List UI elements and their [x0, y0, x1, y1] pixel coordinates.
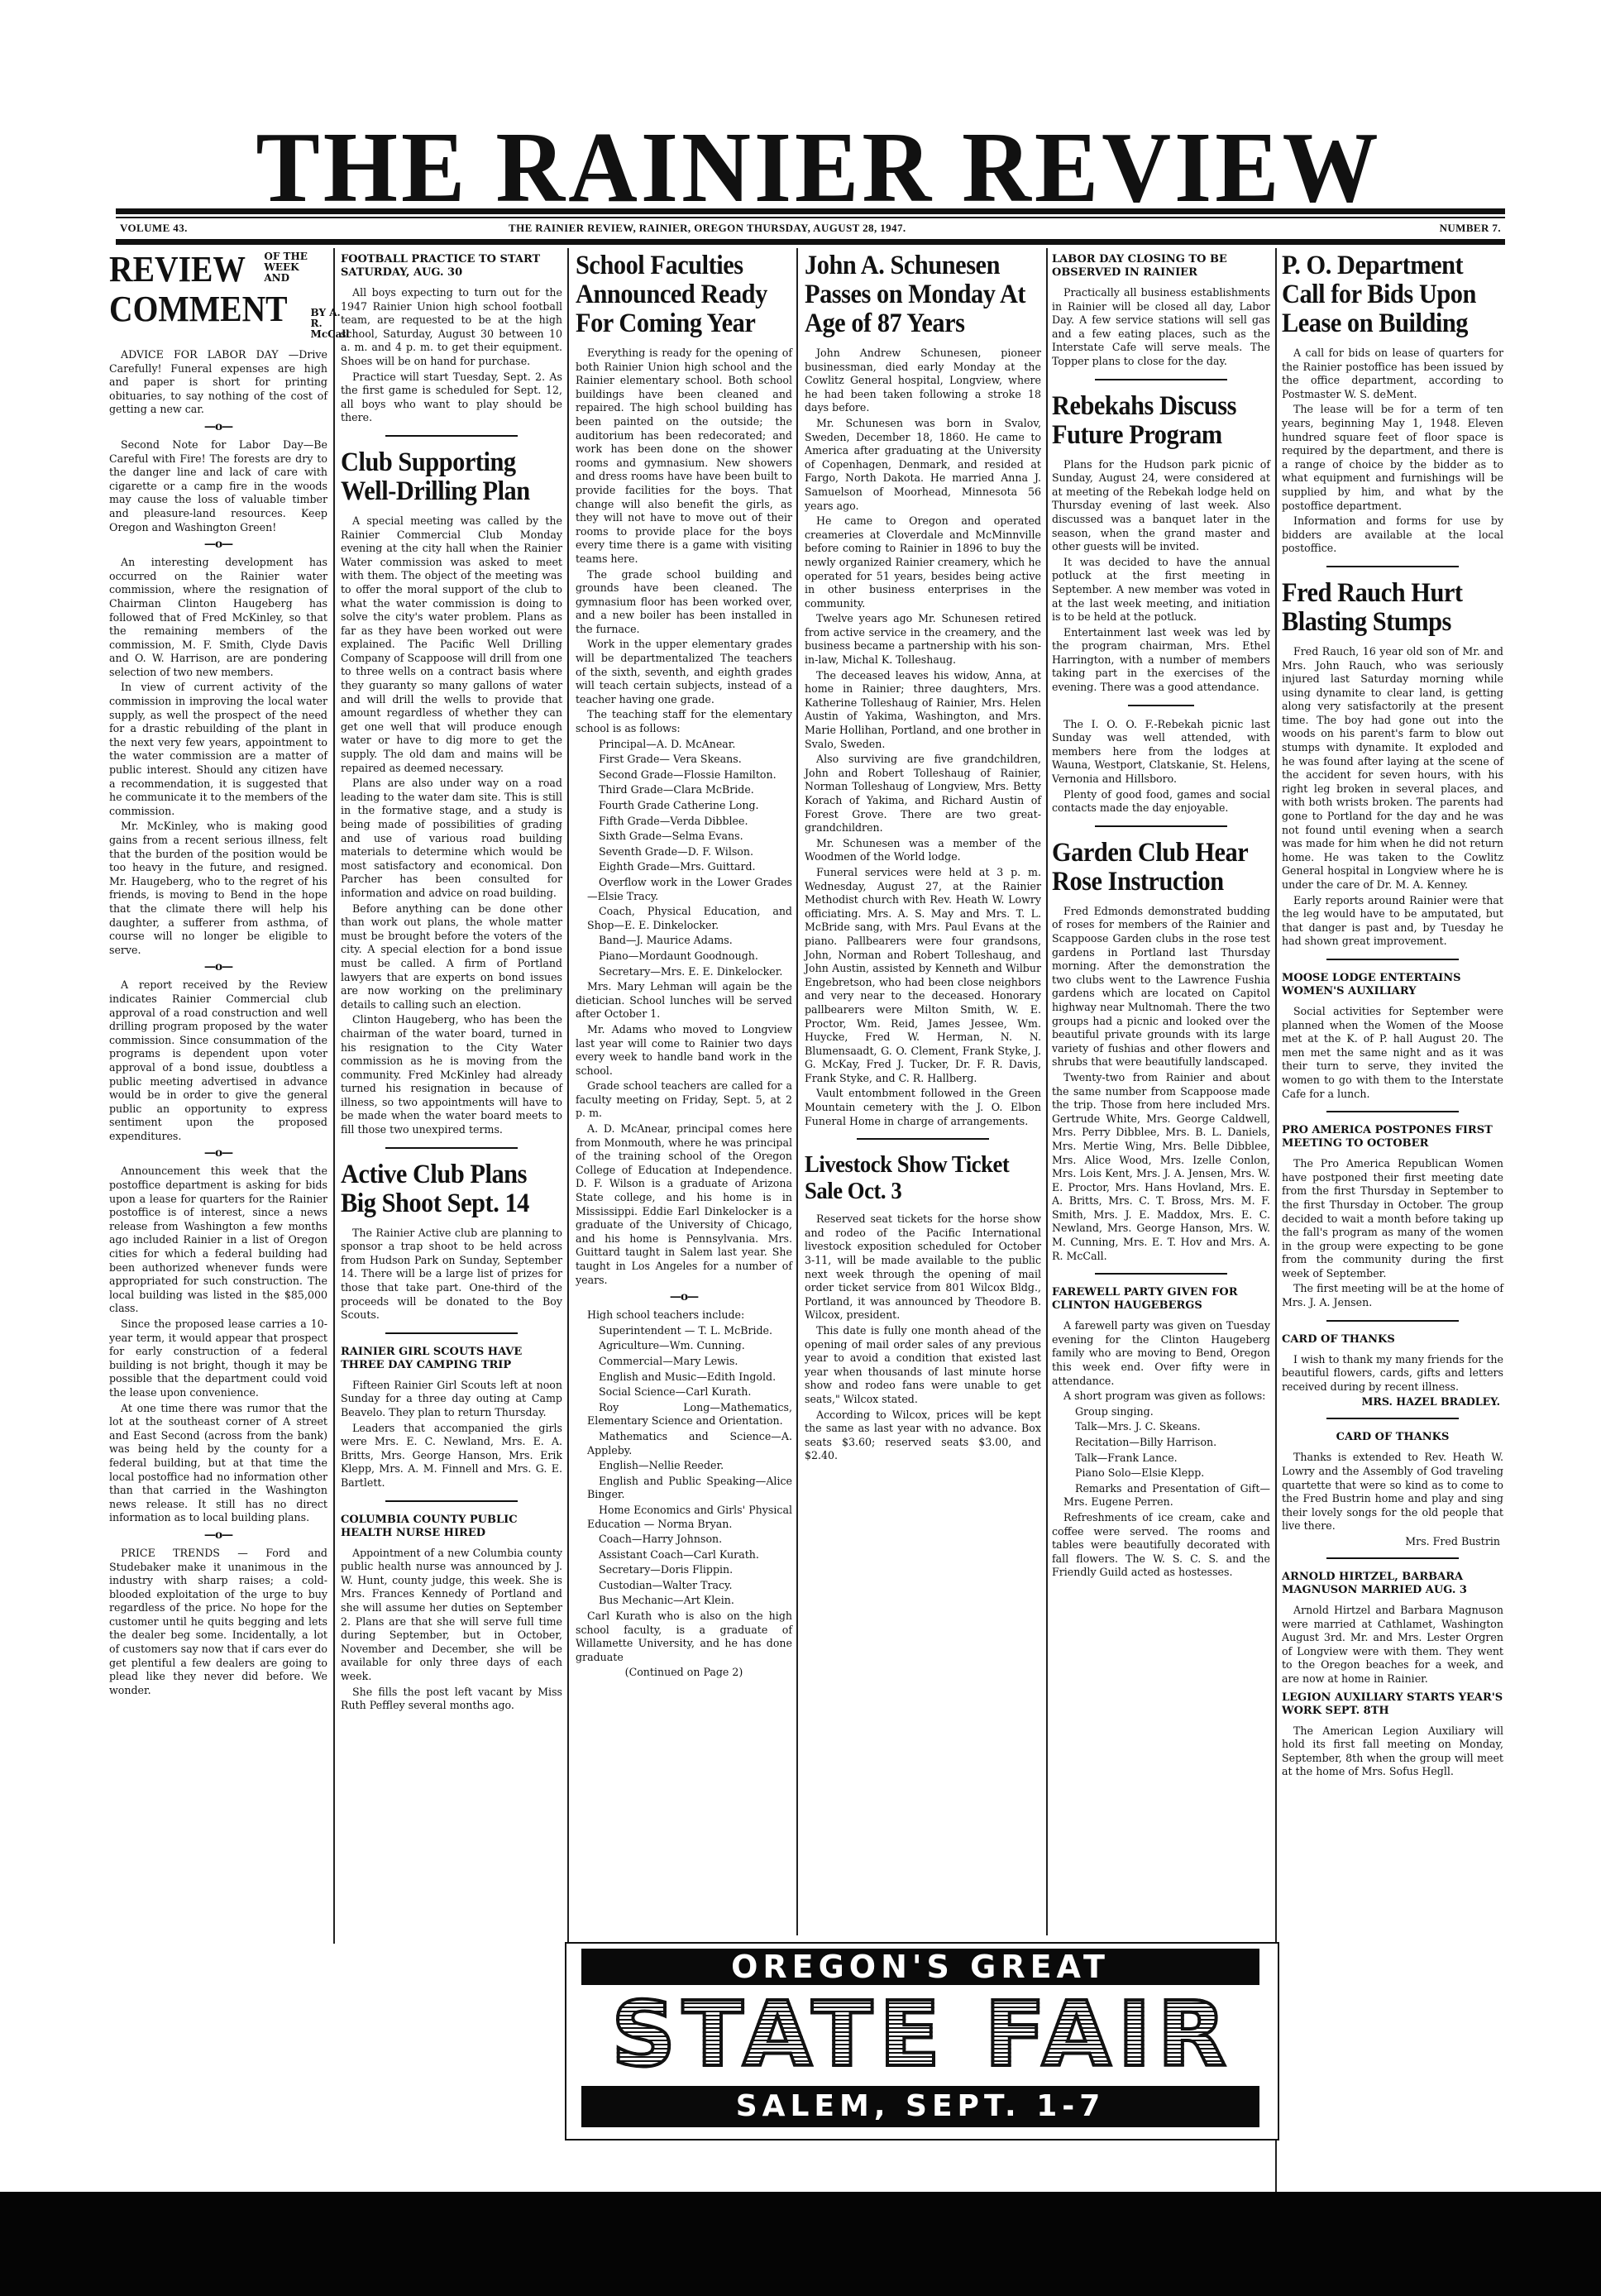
headline-pro-america: PRO AMERICA POSTPONES FIRST MEETING TO O…	[1282, 1124, 1503, 1150]
paragraph: The Rainier Active club are planning to …	[341, 1227, 562, 1323]
paragraph: Mr. McKinley, who is making good gains f…	[109, 820, 327, 957]
divider	[1095, 1273, 1227, 1275]
list-item: English and Music—Edith Ingold.	[576, 1370, 792, 1385]
paragraph: The deceased leaves his widow, Anna, at …	[805, 669, 1041, 752]
paragraph: John Andrew Schunesen, pioneer businessm…	[805, 347, 1041, 415]
paragraph: Second Note for Labor Day—Be Careful wit…	[109, 438, 327, 534]
column-rule	[796, 248, 798, 1935]
list-item: Home Economics and Girls' Physical Educa…	[576, 1504, 792, 1531]
list-item: Fourth Grade Catherine Long.	[576, 799, 792, 813]
signature: MRS. HAZEL BRADLEY.	[1282, 1395, 1500, 1408]
ad-banner-top: OREGON'S GREAT	[581, 1949, 1259, 1985]
list-item: English—Nellie Reeder.	[576, 1459, 792, 1473]
headline-garden-club: Garden Club Hear Rose Instruction	[1052, 839, 1273, 897]
list-item: Coach—Harry Johnson.	[576, 1533, 792, 1547]
headline-school-faculties: School Faculties Announced Ready For Com…	[576, 251, 796, 338]
masthead-rule-top	[116, 208, 1505, 214]
review-header-big: REVIEW	[109, 251, 246, 288]
elementary-staff-list: Principal—A. D. McAnear. First Grade— Ve…	[576, 738, 792, 979]
paragraph: The I. O. O. F.-Rebekah picnic last Sund…	[1052, 718, 1270, 787]
list-item: Superintendent — T. L. McBride.	[576, 1324, 792, 1338]
column-rule	[1046, 248, 1048, 1935]
headline-schunesen-obituary: John A. Schunesen Passes on Monday At Ag…	[805, 251, 1040, 338]
list-item: Seventh Grade—D. F. Wilson.	[576, 845, 792, 859]
divider	[385, 1147, 518, 1149]
paragraph: Vault entombment followed in the Green M…	[805, 1087, 1041, 1128]
list-item: Secretary—Doris Flippin.	[576, 1563, 792, 1577]
headline-rebekahs: Rebekahs Discuss Future Program	[1052, 392, 1273, 450]
paragraph: PRICE TRENDS — Ford and Studebaker make …	[109, 1547, 327, 1698]
signature: Mrs. Fred Bustrin	[1282, 1535, 1500, 1547]
paragraph: Twenty-two from Rainier and about the sa…	[1052, 1071, 1270, 1263]
paragraph: Grade school teachers are called for a f…	[576, 1079, 792, 1121]
divider	[1326, 1320, 1459, 1322]
divider	[1326, 959, 1459, 960]
list-item: Commercial—Mary Lewis.	[576, 1355, 792, 1369]
masthead-rule-bottom	[116, 239, 1505, 245]
paragraph: Carl Kurath who is also on the high scho…	[576, 1610, 792, 1664]
ornament-divider: —o—	[109, 538, 327, 551]
paragraph: Thanks is extended to Rev. Heath W. Lowr…	[1282, 1451, 1503, 1533]
paragraph: Practically all business establishments …	[1052, 286, 1270, 369]
headline-legion-auxiliary: LEGION AUXILIARY STARTS YEAR'S WORK SEPT…	[1282, 1691, 1503, 1718]
divider	[1095, 379, 1227, 380]
ad-banner-bottom: SALEM, SEPT. 1-7	[581, 2086, 1259, 2127]
divider	[385, 1332, 518, 1334]
headline-hirtzel-wedding: ARNOLD HIRTZEL, BARBARA MAGNUSON MARRIED…	[1282, 1571, 1503, 1597]
farewell-program-list: Group singing. Talk—Mrs. J. C. Skeans. R…	[1052, 1405, 1270, 1509]
paragraph: High school teachers include:	[576, 1308, 792, 1323]
headline-farewell-party: FAREWELL PARTY GIVEN FOR CLINTON HAUGEBE…	[1052, 1286, 1270, 1313]
paragraph: Leaders that accompanied the girls were …	[341, 1422, 562, 1490]
column-rule	[567, 248, 569, 1944]
paragraph: Announcement this week that the postoffi…	[109, 1165, 327, 1316]
state-fair-advertisement: OREGON'S GREAT STATE FAIR SALEM, SEPT. 1…	[565, 1942, 1279, 2141]
newspaper-title: THE RAINIER REVIEW	[108, 116, 1530, 220]
paragraph: Twelve years ago Mr. Schunesen retired f…	[805, 612, 1041, 667]
list-item: Eighth Grade—Mrs. Guittard.	[576, 860, 792, 874]
list-item: Custodian—Walter Tracy.	[576, 1579, 792, 1593]
divider	[1326, 1418, 1459, 1419]
divider	[1326, 1111, 1459, 1112]
list-item: Agriculture—Wm. Cunning.	[576, 1339, 792, 1353]
ornament-divider: —o—	[109, 420, 327, 433]
headline-club-supporting: Club Supporting Well-Drilling Plan	[341, 448, 562, 506]
paragraph: I wish to thank my many friends for the …	[1282, 1353, 1503, 1394]
list-item: Piano Solo—Elsie Klepp.	[1052, 1466, 1270, 1480]
paragraph: According to Wilcox, prices will be kept…	[805, 1409, 1041, 1463]
paragraph: The grade school building and grounds ha…	[576, 568, 792, 637]
paragraph: ADVICE FOR LABOR DAY —Drive Carefully! F…	[109, 348, 327, 417]
list-item: Secretary—Mrs. E. E. Dinkelocker.	[576, 965, 792, 979]
paragraph: The teaching staff for the elementary sc…	[576, 708, 792, 735]
paragraph: A report received by the Review indicate…	[109, 978, 327, 1143]
paragraph: She fills the post left vacant by Miss R…	[341, 1686, 562, 1713]
headline-active-club: Active Club Plans Big Shoot Sept. 14	[341, 1160, 562, 1218]
paragraph: Before anything can be done other than w…	[341, 902, 562, 1012]
paragraph: A special meeting was called by the Rain…	[341, 514, 562, 775]
headline-labor-day-closing: LABOR DAY CLOSING TO BE OBSERVED IN RAIN…	[1052, 253, 1270, 280]
paragraph: Early reports around Rainier were that t…	[1282, 894, 1503, 949]
list-item: Coach, Physical Education, and Shop—E. E…	[576, 905, 792, 932]
paragraph: A. D. McAnear, principal comes here from…	[576, 1122, 792, 1287]
paragraph: Work in the upper elementary grades will…	[576, 638, 792, 706]
paragraph: Since the proposed lease carries a 10-ye…	[109, 1318, 327, 1400]
ornament-divider: —o—	[576, 1290, 792, 1303]
list-item: Piano—Mordaunt Goodnough.	[576, 949, 792, 964]
paragraph: Fred Rauch, 16 year old son of Mr. and M…	[1282, 645, 1503, 892]
list-item: Band—J. Maurice Adams.	[576, 934, 792, 948]
list-item: Overflow work in the Lower Grades—Elsie …	[576, 876, 792, 903]
paragraph: Refreshments of ice cream, cake and coff…	[1052, 1511, 1270, 1580]
list-item: Fifth Grade—Verda Dibblee.	[576, 815, 792, 829]
paragraph: Appointment of a new Columbia county pub…	[341, 1547, 562, 1684]
ornament-divider: —o—	[109, 960, 327, 973]
paragraph: Mr. Schunesen was a member of the Woodme…	[805, 837, 1041, 864]
headline-card-of-thanks: CARD OF THANKS	[1282, 1333, 1503, 1347]
column-2: FOOTBALL PRACTICE TO START SATURDAY, AUG…	[341, 248, 562, 1715]
list-item: Third Grade—Clara McBride.	[576, 783, 792, 797]
dateline-bar: VOLUME 43. THE RAINIER REVIEW, RAINIER, …	[120, 222, 1501, 237]
paragraph: The first meeting will be at the home of…	[1282, 1282, 1503, 1309]
list-item: Talk—Mrs. J. C. Skeans.	[1052, 1420, 1270, 1434]
headline-football-practice: FOOTBALL PRACTICE TO START SATURDAY, AUG…	[341, 253, 562, 280]
paragraph: Everything is ready for the opening of b…	[576, 347, 792, 567]
column-rule	[333, 248, 335, 1944]
list-item: Remarks and Presentation of Gift—Mrs. Eu…	[1052, 1482, 1270, 1509]
paragraph: Funeral services were held at 3 p. m. We…	[805, 866, 1041, 1086]
scan-border	[0, 2192, 1601, 2296]
paragraph: In view of current activity of the commi…	[109, 681, 327, 818]
review-header: REVIEW OF THE WEEK AND	[109, 251, 327, 288]
list-item: Sixth Grade—Selma Evans.	[576, 830, 792, 844]
headline-livestock-show: Livestock Show Ticket Sale Oct. 3	[805, 1151, 1033, 1204]
paragraph: Plenty of good food, games and social co…	[1052, 788, 1270, 816]
divider	[1326, 1557, 1459, 1559]
column-rule	[1275, 248, 1277, 2192]
column-3: School Faculties Announced Ready For Com…	[576, 248, 792, 1680]
ornament-divider: —o—	[109, 1146, 327, 1160]
paragraph: A short program was given as follows:	[1052, 1390, 1270, 1404]
dateline: THE RAINIER REVIEW, RAINIER, OREGON THUR…	[509, 222, 906, 235]
paragraph: Plans are also under way on a road leadi…	[341, 777, 562, 900]
divider	[385, 1500, 518, 1502]
column-4: John A. Schunesen Passes on Monday At Ag…	[805, 248, 1041, 1465]
paragraph: This date is fully one month ahead of th…	[805, 1324, 1041, 1407]
headline-moose-lodge: MOOSE LODGE ENTERTAINS WOMEN'S AUXILIARY	[1282, 972, 1503, 998]
paragraph: A farewell party was given on Tuesday ev…	[1052, 1319, 1270, 1388]
headline-health-nurse: COLUMBIA COUNTY PUBLIC HEALTH NURSE HIRE…	[341, 1514, 562, 1540]
paragraph: The lease will be for a term of ten year…	[1282, 403, 1503, 513]
paragraph: The American Legion Auxiliary will hold …	[1282, 1724, 1503, 1779]
list-item: Talk—Frank Lance.	[1052, 1452, 1270, 1466]
volume-label: VOLUME 43.	[120, 222, 188, 235]
headline-po-department: P. O. Department Call for Bids Upon Leas…	[1282, 251, 1503, 338]
list-item: Recitation—Billy Harrison.	[1052, 1436, 1270, 1450]
paragraph: He came to Oregon and operated creamerie…	[805, 514, 1041, 610]
list-item: Mathematics and Science—A. Appleby.	[576, 1430, 792, 1457]
list-item: English and Public Speaking—Alice Binger…	[576, 1475, 792, 1502]
masthead-rule-thin	[116, 217, 1505, 218]
column-5: LABOR DAY CLOSING TO BE OBSERVED IN RAIN…	[1052, 248, 1270, 1581]
list-item: Principal—A. D. McAnear.	[576, 738, 792, 752]
divider	[857, 1138, 989, 1140]
paragraph: Arnold Hirtzel and Barbara Magnuson were…	[1282, 1604, 1503, 1686]
paragraph: Mr. Schunesen was born in Svalov, Sweden…	[805, 417, 1041, 513]
review-header-small: OF THE WEEK AND	[264, 251, 327, 284]
ad-main-text: STATE FAIR	[611, 1983, 1233, 2087]
paragraph: Information and forms for use by bidders…	[1282, 514, 1503, 556]
comment-header: COMMENT BY A. R. McCall	[109, 291, 327, 340]
issue-number: NUMBER 7.	[1440, 222, 1501, 235]
divider	[1095, 825, 1227, 827]
headline-fred-rauch: Fred Rauch Hurt Blasting Stumps	[1282, 579, 1503, 637]
paragraph: Also surviving are five grandchildren, J…	[805, 753, 1041, 835]
list-item: Social Science—Carl Kurath.	[576, 1385, 792, 1399]
paragraph: An interesting development has occurred …	[109, 556, 327, 679]
list-item: Second Grade—Flossie Hamilton.	[576, 768, 792, 782]
paragraph: Social activities for September were pla…	[1282, 1005, 1503, 1101]
paragraph: Plans for the Hudson park picnic of Sund…	[1052, 458, 1270, 554]
comment-header-big: COMMENT	[109, 291, 288, 328]
ornament-divider: —o—	[109, 1528, 327, 1542]
headline-girl-scouts: RAINIER GIRL SCOUTS HAVE THREE DAY CAMPI…	[341, 1346, 562, 1372]
continued-on-page-2-link[interactable]: (Continued on Page 2)	[576, 1666, 792, 1678]
paragraph: At one time there was rumor that the lot…	[109, 1402, 327, 1525]
paragraph: Mr. Adams who moved to Longview last yea…	[576, 1023, 792, 1078]
list-item: First Grade— Vera Skeans.	[576, 753, 792, 767]
headline-card-of-thanks: CARD OF THANKS	[1282, 1431, 1503, 1444]
paragraph: Reserved seat tickets for the horse show…	[805, 1213, 1041, 1323]
paragraph: Fred Edmonds demonstrated budding of ros…	[1052, 905, 1270, 1069]
paragraph: A call for bids on lease of quarters for…	[1282, 347, 1503, 401]
paragraph: Clinton Haugeberg, who has been the chai…	[341, 1013, 562, 1136]
ad-main-title: STATE FAIR	[583, 1987, 1261, 2084]
paragraph: All boys expecting to turn out for the 1…	[341, 286, 562, 369]
list-item: Bus Mechanic—Art Klein.	[576, 1594, 792, 1608]
column-review-and-comment: REVIEW OF THE WEEK AND COMMENT BY A. R. …	[109, 248, 327, 1699]
list-item: Assistant Coach—Carl Kurath.	[576, 1548, 792, 1562]
high-school-staff-list: Superintendent — T. L. McBride. Agricult…	[576, 1324, 792, 1608]
paragraph: It was decided to have the annual potluc…	[1052, 556, 1270, 624]
list-item: Group singing.	[1052, 1405, 1270, 1419]
newspaper-front-page: THE RAINIER REVIEW VOLUME 43. THE RAINIE…	[0, 0, 1601, 2296]
masthead: THE RAINIER REVIEW	[108, 116, 1530, 215]
column-6: P. O. Department Call for Bids Upon Leas…	[1282, 248, 1503, 1781]
paragraph: The Pro America Republican Women have po…	[1282, 1157, 1503, 1280]
divider	[1326, 566, 1459, 567]
paragraph: Practice will start Tuesday, Sept. 2. As…	[341, 371, 562, 425]
divider	[385, 435, 518, 437]
paragraph: Mrs. Mary Lehman will again be the dieti…	[576, 980, 792, 1021]
paragraph: Fifteen Rainier Girl Scouts left at noon…	[341, 1379, 562, 1420]
divider	[1128, 705, 1194, 706]
paragraph: Entertainment last week was led by the p…	[1052, 626, 1270, 695]
list-item: Roy Long—Mathematics, Elementary Science…	[576, 1401, 792, 1428]
